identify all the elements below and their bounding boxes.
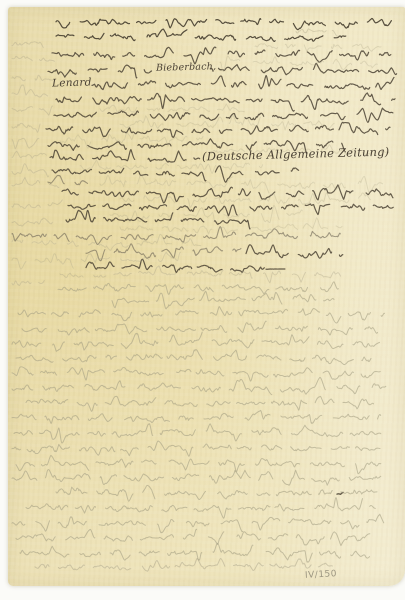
manuscript-paper	[8, 7, 405, 586]
scanned-page: Bieberbach, Lenard (Deutsche Allgemeine …	[0, 0, 405, 600]
